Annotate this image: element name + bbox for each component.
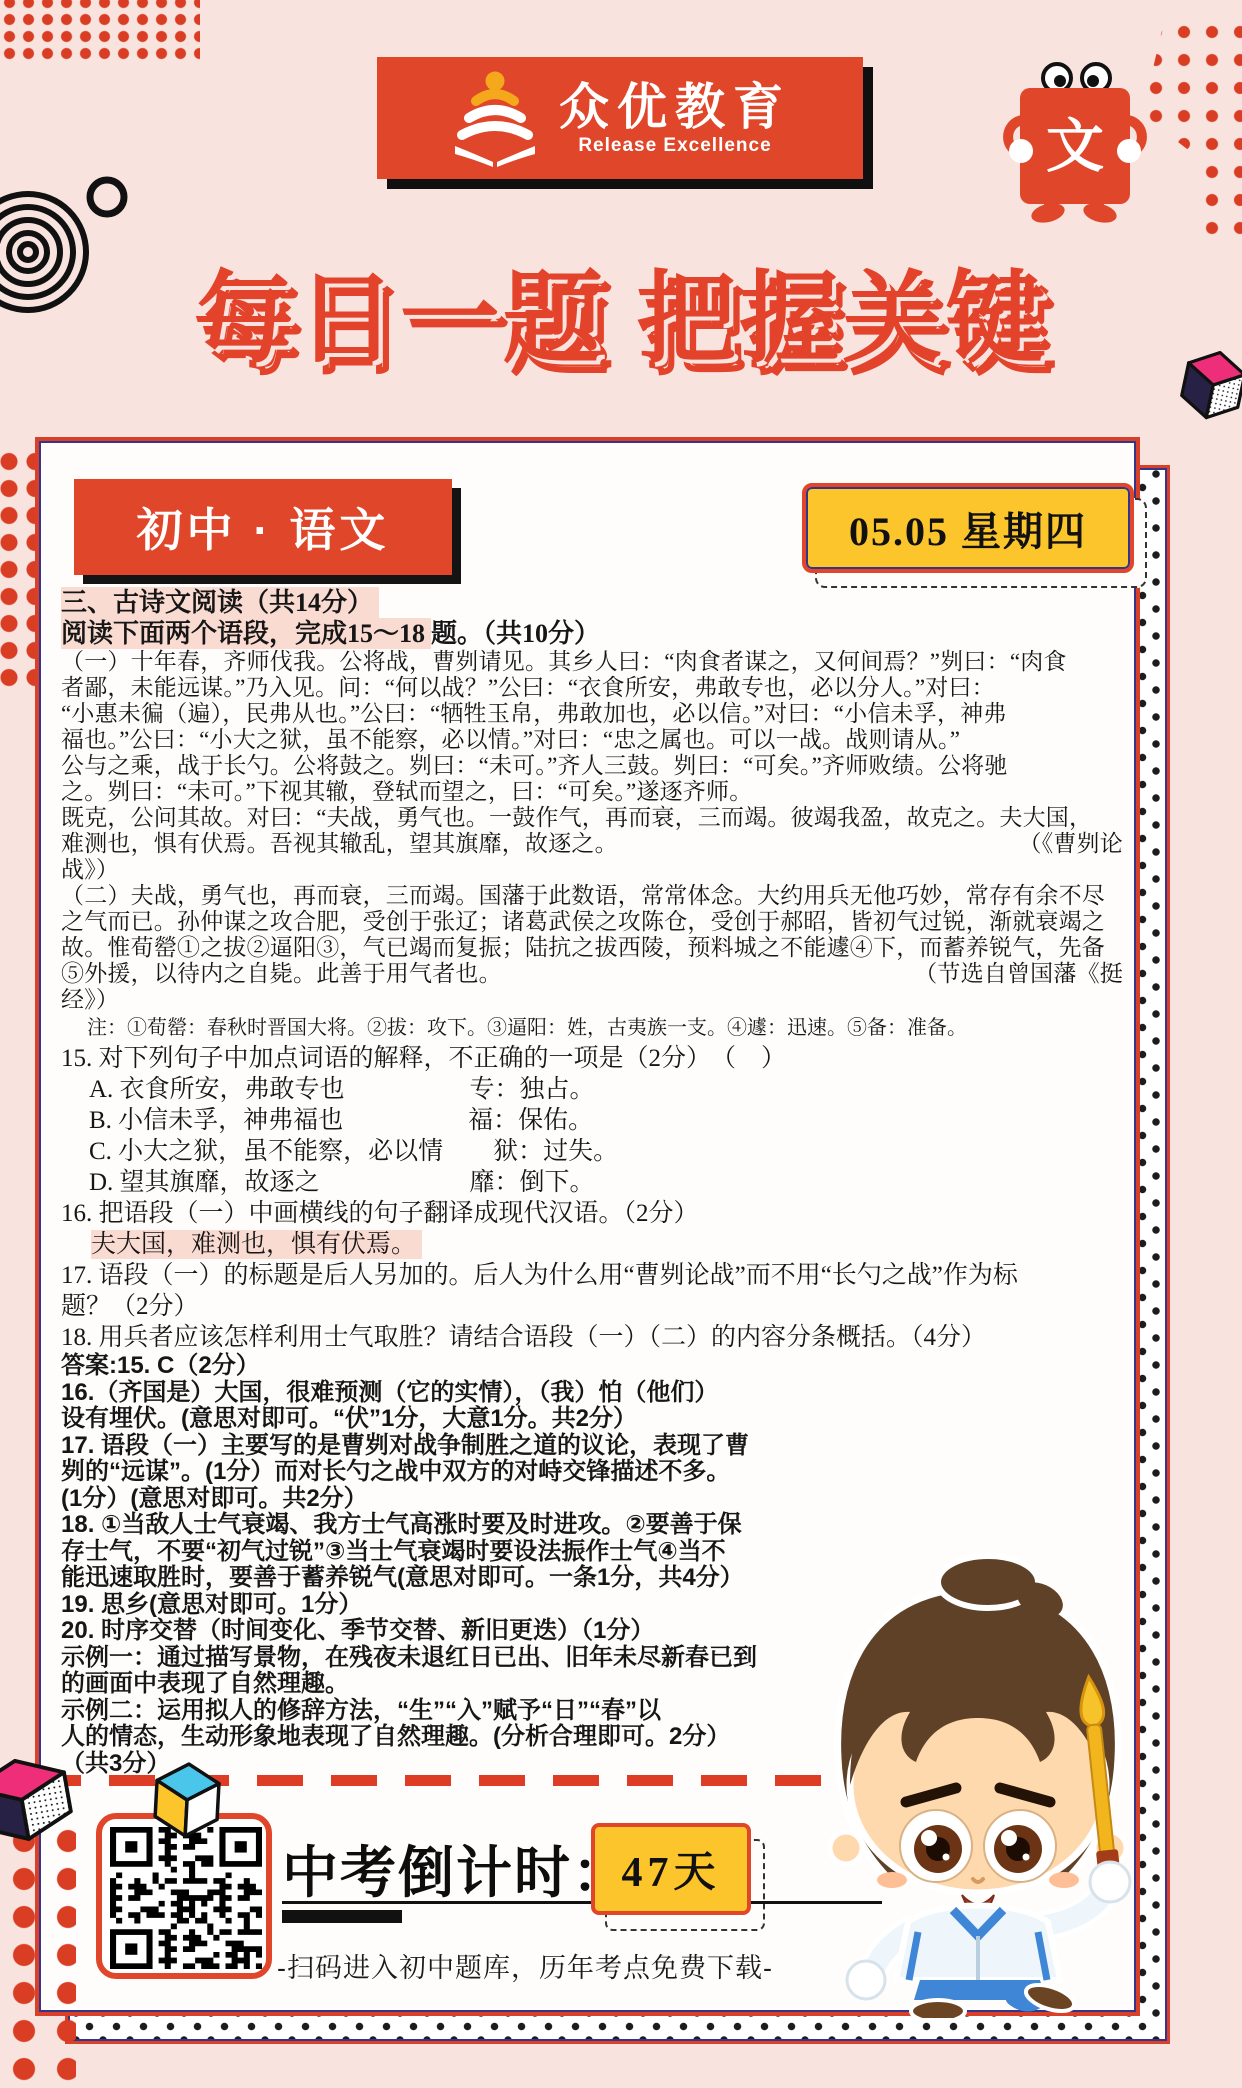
passage-line: 公与之乘，战于长勺。公将鼓之。刿曰：“未可。”齐人三鼓。刿曰：“可矣。”齐师败绩… [61, 753, 1123, 779]
dot-pattern-bottomleft [2, 1822, 76, 2088]
passage-line: 者鄙，未能远谋。”乃入见。问：“何以战？”公曰：“衣食所安，弗敢专也，必以分人。… [61, 675, 1123, 701]
answer-line: (1分）(意思对即可。共2分） [61, 1486, 851, 1513]
answer-line: 示例二：运用拟人的修辞方法，“生”“入”赋予“日”“春”以 [61, 1698, 851, 1725]
dot-pattern-topleft [0, 0, 200, 60]
answer-line: 设有埋伏。(意思对即可。“伏”1分，大意1分。共2分） [61, 1406, 851, 1433]
countdown-days-badge: 47天 [591, 1823, 751, 1915]
passage-line: “小惠未徧（遍），民弗从也。”公曰：“牺牲玉帛，弗敢加也，必以信。”对曰：“小信… [61, 701, 1123, 727]
passage-line: 既克，公问其故。对曰：“夫战，勇气也。一鼓作气，再而衰，三而竭。彼竭我盈，故克之… [61, 805, 1123, 831]
question-16: 16. 把语段（一）中画横线的句子翻译成现代汉语。（2分） [61, 1198, 1123, 1229]
question-16-sentence: 夫大国，难测也，惧有伏焉。 [61, 1229, 1123, 1260]
passage-line: 福也。”公曰：“小大之狱，虽不能察，必以情。”对曰：“忠之属也。可以一战。战则请… [61, 727, 1123, 753]
section-heading: 三、古诗文阅读（共14分） [61, 587, 1123, 618]
boy-mascot [788, 1548, 1168, 2018]
answer-line: 的画面中表现了自然理趣。 [61, 1671, 851, 1698]
wen-chip-mascot-icon: 文 [1000, 48, 1150, 226]
ring-icon [84, 174, 130, 220]
qr-caption: -扫码进入初中题库，历年考点免费下载- [277, 1946, 773, 1985]
source-ref-wrap: 战》） [61, 857, 1123, 883]
answer-line: 19. 思乡(意思对即可。1分） [61, 1592, 851, 1619]
option-line: C. 小大之狱，虽不能察，必以情 狱：过失。 [61, 1136, 1123, 1167]
question-15-options: A. 衣食所安，弗敢专也 专：独占。B. 小信未孚，神弗福也 福：保佑。C. 小… [61, 1074, 1123, 1198]
passage-one: （一）十年春，齐师伐我。公将战，曹刿请见。其乡人曰：“肉食者谋之，又何间焉？”刿… [61, 649, 1123, 831]
answer-line: 存士气，不要“初气过锐”③当士气衰竭时要设法振作士气④当不 [61, 1539, 851, 1566]
answers-block: 答案:15. C（2分）16.（齐国是）大国，很难预测（它的实情），（我）怕（他… [61, 1353, 851, 1777]
passage-line: （一）十年春，齐师伐我。公将战，曹刿请见。其乡人曰：“肉食者谋之，又何间焉？”刿… [61, 649, 1123, 675]
answer-line: 20. 时序交替（时间变化、季节交替、新旧更迭）（1分） [61, 1618, 851, 1645]
passage-line: 之气而已。孙仲谋之攻合肥，受创于张辽；诸葛武侯之攻陈仓，受创于郝昭，皆初气过锐，… [61, 909, 1123, 935]
passage-line: （二）夫战，勇气也，再而衰，三而竭。国藩于此数语，常常体念。大约用兵无他巧妙，常… [61, 883, 1123, 909]
subject-badge: 初中 · 语文 [74, 479, 452, 575]
countdown-label: 中考倒计时： [282, 1829, 630, 1909]
date-badge: 05.05 星期四 [802, 483, 1134, 573]
logo-icon [449, 68, 541, 168]
passage-one-source-line: 难测也，惧有伏焉。吾视其辙乱，望其旗靡，故逐之。（《曹刿论 [61, 831, 1123, 857]
passage-two: （二）夫战，勇气也，再而衰，三而竭。国藩于此数语，常常体念。大约用兵无他巧妙，常… [61, 883, 1123, 961]
option-line: A. 衣食所安，弗敢专也 专：独占。 [61, 1074, 1123, 1105]
answer-line: 示例一：通过描写景物，在残夜未退红日已出、旧年未尽新春已到 [61, 1645, 851, 1672]
brand-name: 众优教育 [559, 80, 791, 135]
option-line: D. 望其旗靡，故逐之 靡：倒下。 [61, 1167, 1123, 1198]
source-ref: （节选自曾国藩《挺 [914, 961, 1123, 987]
answer-line: 16.（齐国是）大国，很难预测（它的实情），（我）怕（他们） [61, 1380, 851, 1407]
option-line: B. 小信未孚，神弗福也 福：保佑。 [61, 1105, 1123, 1136]
answer-line: 答案:15. C（2分） [61, 1353, 851, 1380]
question-15: 15. 对下列句子中加点词语的解释，不正确的一项是（2分） （ ） [61, 1043, 1123, 1074]
cube-cyan-icon [144, 1760, 230, 1842]
answer-line: 17. 语段（一）主要写的是曹刿对战争制胜之道的议论，表现了曹 [61, 1433, 851, 1460]
rule-thick [282, 1910, 402, 1923]
passage-two-source-line: ⑤外援，以待内之自毙。此善于用气者也。（节选自曾国藩《挺 [61, 961, 1123, 987]
answer-line: 18. ①当敌人士气衰竭、我方士气高涨时要及时进攻。②要善于保 [61, 1512, 851, 1539]
poster-page: 众优教育 Release Excellence 文 每日一题 把握关键 每日一题… [0, 0, 1242, 2088]
brand-banner: 众优教育 Release Excellence [377, 57, 863, 179]
passage-line: 故。惟荀罃①之拔②逼阳③，气已竭而复振；陆抗之拔西陵，预料城之不能遽④下，而蓄养… [61, 935, 1123, 961]
headline: 每日一题 把握关键 每日一题 把握关键 [0, 238, 1242, 382]
answer-line: 人的情态，生动形象地表现了自然理趣。(分析合理即可。2分） [61, 1724, 851, 1751]
source-ref: （《曹刿论 [1019, 831, 1124, 857]
passage-line: 之。刿曰：“未可。”下视其辙，登轼而望之，曰：“可矣。”遂逐齐师。 [61, 779, 1123, 805]
footnote: 注：①荀罃：春秋时晋国大将。②拔：攻下。③逼阳：姓，古夷族一支。④遽：迅速。⑤备… [61, 1013, 1123, 1043]
source-ref-wrap: 经》） [61, 987, 1123, 1013]
question-17-line2: 题？（2分） [61, 1291, 1123, 1322]
brand-tagline: Release Excellence [559, 135, 791, 157]
question-18: 18. 用兵者应该怎样利用士气取胜？请结合语段（一）（二）的内容分条概括。（4分… [61, 1322, 1123, 1353]
dot-pattern-topright [1142, 18, 1242, 248]
question-17-line1: 17. 语段（一）的标题是后人另加的。后人为什么用“曹刿论战”而不用“长勺之战”… [61, 1260, 1123, 1291]
instruction-line: 阅读下面两个语段，完成15～18题。（共10分） [61, 618, 1123, 649]
answer-line: 刿的“远谋”。(1分）而对长勺之战中双方的对峙交锋描述不多。 [61, 1459, 851, 1486]
answer-line: 能迅速取胜时，要善于蓄养锐气(意思对即可。一条1分，共4分） [61, 1565, 851, 1592]
svg-text:文: 文 [1046, 114, 1104, 179]
